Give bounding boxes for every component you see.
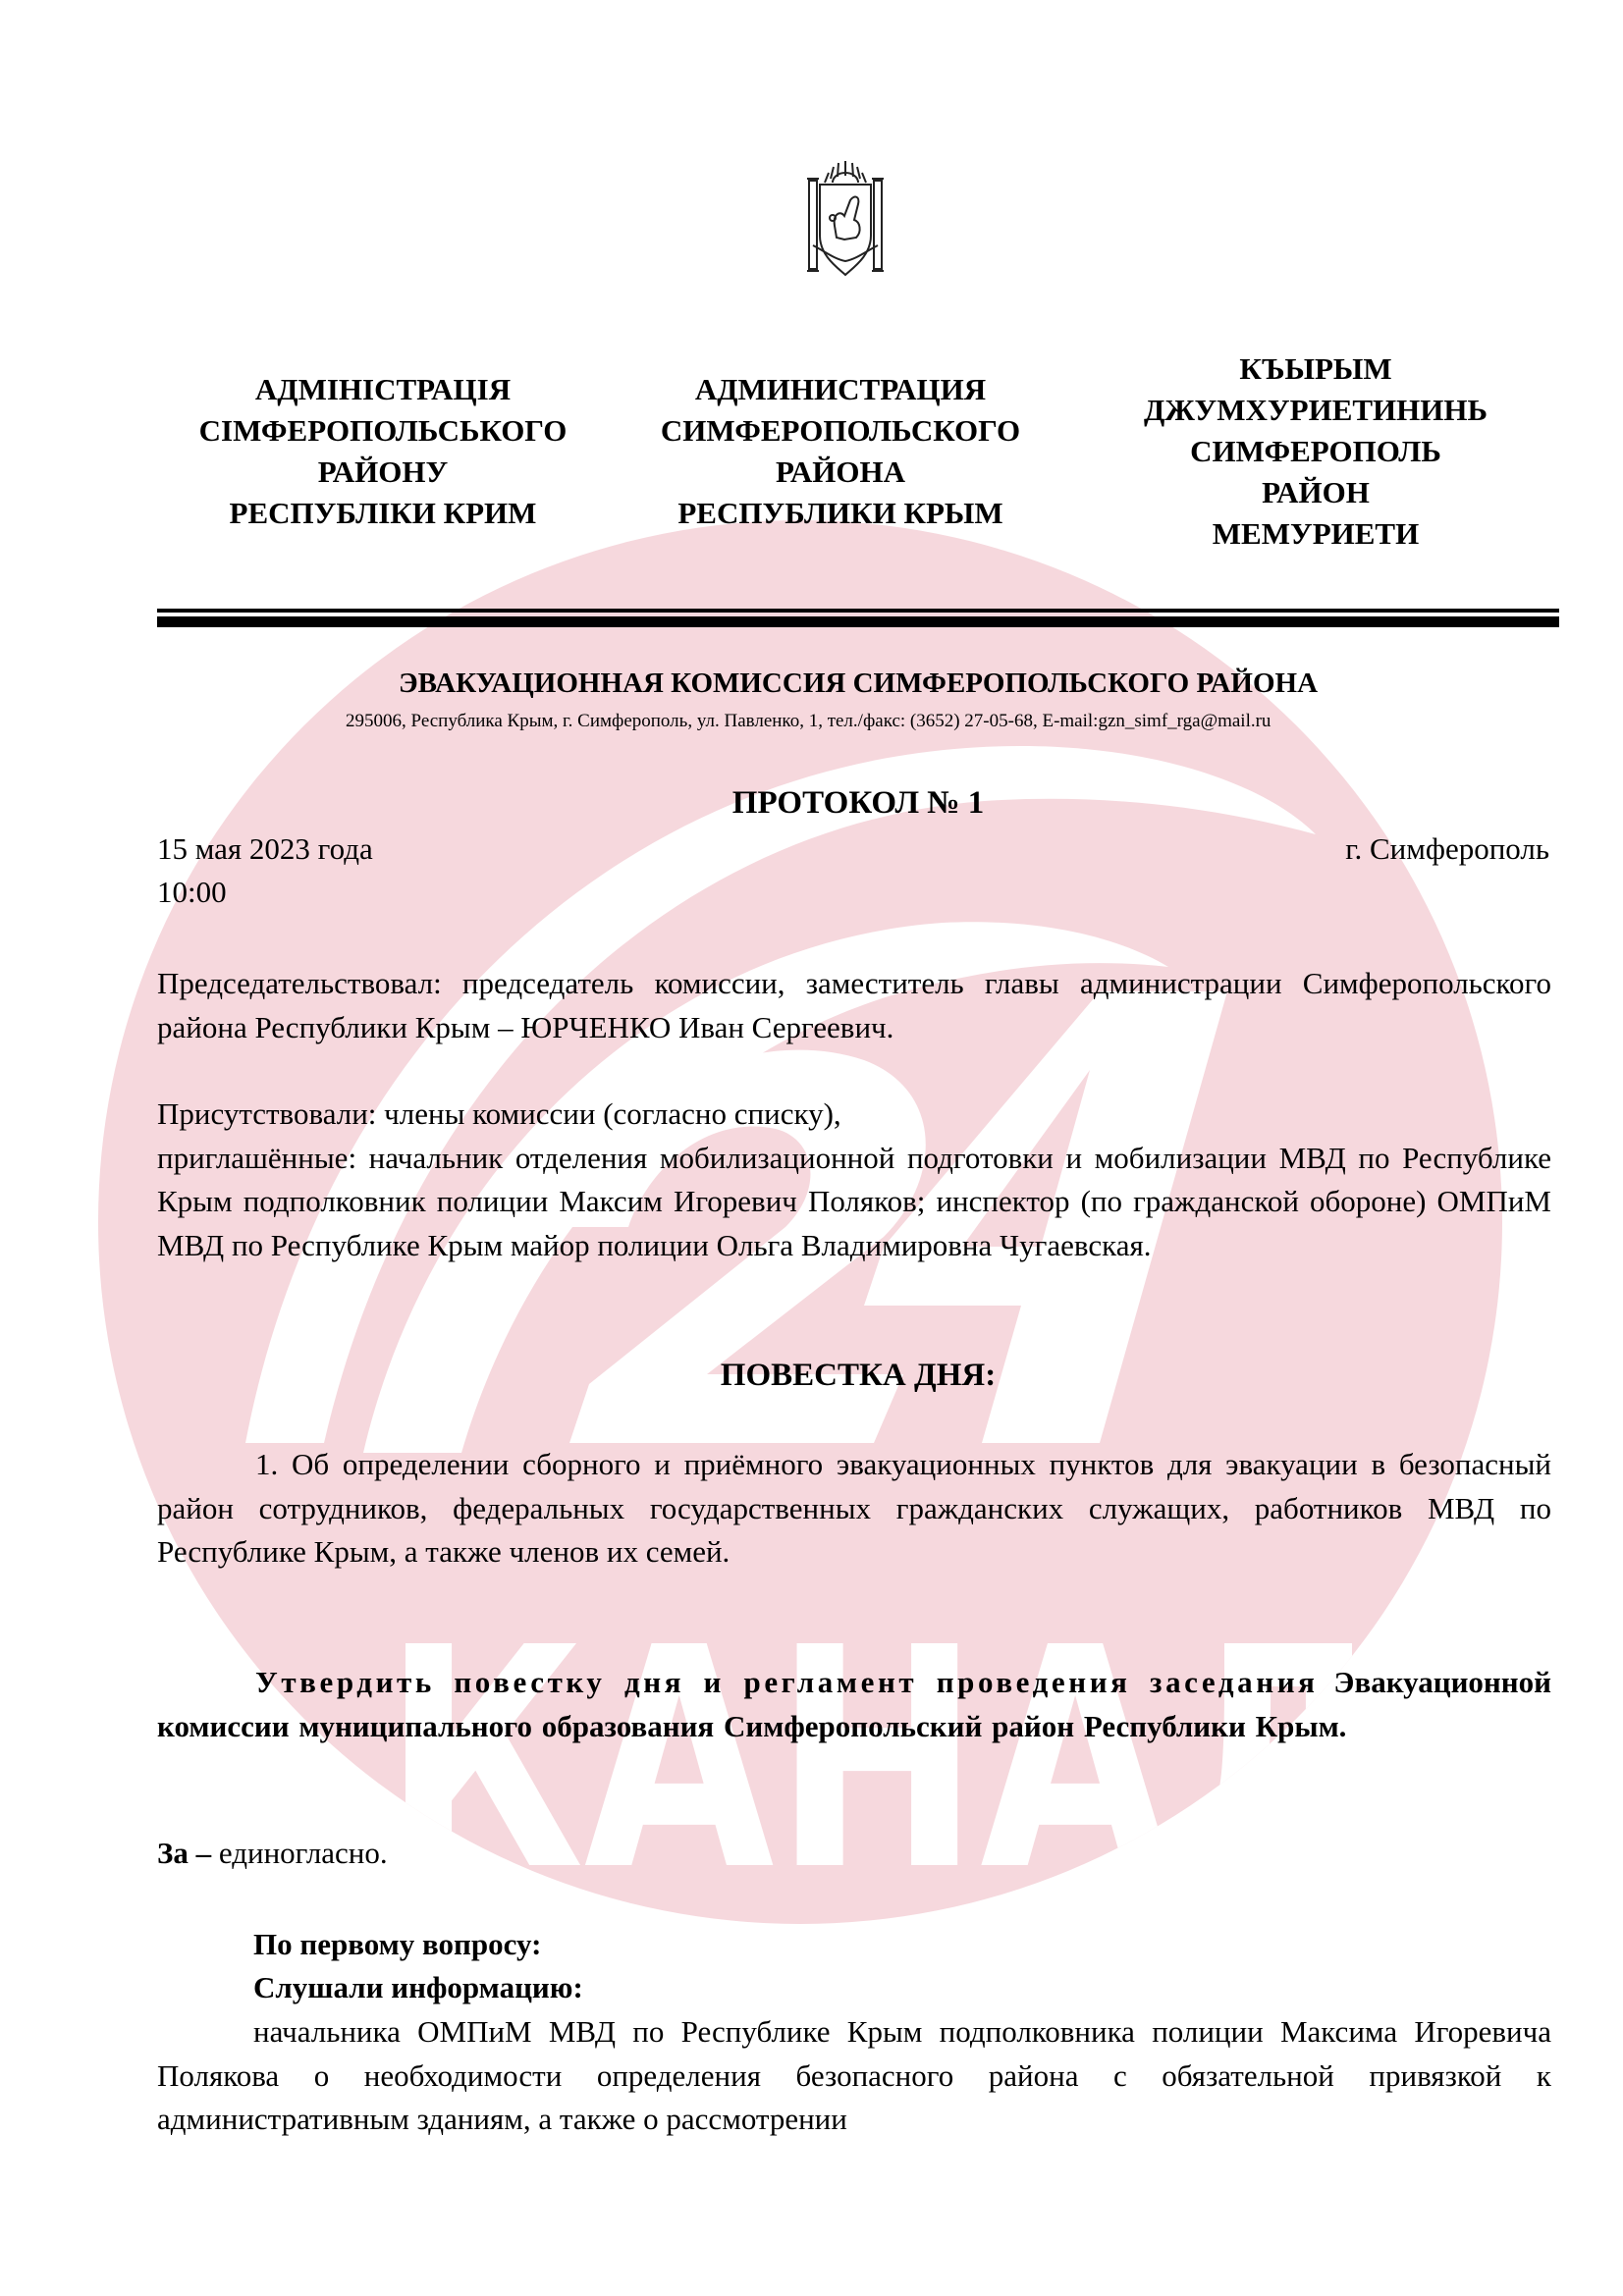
letterhead-divider-thin — [157, 609, 1559, 613]
chaired-paragraph: Председательствовал: председатель комисс… — [157, 962, 1551, 1049]
vote-label: За – — [157, 1836, 211, 1870]
letterhead-line: РАЙОНУ — [167, 452, 599, 493]
heard-paragraph: начальника ОМПиМ МВД по Республике Крым … — [157, 2010, 1551, 2142]
heard-heading: Слушали информацию: — [253, 1970, 583, 2005]
letterhead-line: РАЙОНА — [624, 452, 1056, 493]
vote-value: единогласно. — [211, 1836, 388, 1870]
crimea-coat-of-arms-icon — [805, 157, 886, 283]
letterhead-line: МЕМУРИЕТИ — [1100, 513, 1532, 555]
letterhead-line: СИМФЕРОПОЛЬ — [1100, 431, 1532, 472]
attendees-invited: приглашённые: начальник отделения мобили… — [157, 1141, 1551, 1262]
agenda-title: ПОВЕСТКА ДНЯ: — [157, 1358, 1559, 1394]
attendees-members: Присутствовали: члены комиссии (согласно… — [157, 1093, 1551, 1137]
letterhead-line: СИМФЕРОПОЛЬСКОГО — [624, 410, 1056, 452]
letterhead-divider-thick — [157, 616, 1559, 627]
approve-agenda-lead: Утвердить повестку дня и регламент прове… — [255, 1665, 1319, 1699]
document-page: АДМІНІСТРАЦІЯ СІМФЕРОПОЛЬСЬКОГО РАЙОНУ Р… — [0, 0, 1623, 2296]
approve-agenda-paragraph: Утвердить повестку дня и регламент прове… — [157, 1661, 1551, 1748]
protocol-date: 15 мая 2023 года — [157, 831, 373, 867]
letterhead-ukrainian: АДМІНІСТРАЦІЯ СІМФЕРОПОЛЬСЬКОГО РАЙОНУ Р… — [167, 369, 599, 534]
letterhead-line: АДМІНІСТРАЦІЯ — [167, 369, 599, 410]
letterhead-line: РЕСПУБЛІКИ КРИМ — [167, 493, 599, 534]
letterhead-line: ДЖУМХУРИЕТИНИНЬ — [1100, 390, 1532, 431]
vote-result: За – единогласно. — [157, 1836, 388, 1871]
question-1-heading: По первому вопросу: — [253, 1927, 541, 1962]
agenda-item-1: 1. Об определении сборного и приёмного э… — [157, 1443, 1551, 1575]
letterhead-line: АДМИНИСТРАЦИЯ — [624, 369, 1056, 410]
commission-address: 295006, Республика Крым, г. Симферополь,… — [346, 711, 1271, 732]
letterhead-line: КЪЫРЫМ — [1100, 348, 1532, 390]
attendees-paragraph: Присутствовали: члены комиссии (согласно… — [157, 1093, 1551, 1267]
protocol-time: 10:00 — [157, 875, 227, 910]
letterhead-line: РЕСПУБЛИКИ КРЫМ — [624, 493, 1056, 534]
protocol-title: ПРОТОКОЛ № 1 — [157, 785, 1559, 822]
commission-title: ЭВАКУАЦИОННАЯ КОМИССИЯ СИМФЕРОПОЛЬСКОГО … — [157, 667, 1559, 700]
letterhead-russian: АДМИНИСТРАЦИЯ СИМФЕРОПОЛЬСКОГО РАЙОНА РЕ… — [624, 369, 1056, 534]
letterhead-line: РАЙОН — [1100, 472, 1532, 513]
protocol-city: г. Симферополь — [1345, 831, 1549, 867]
letterhead-line: СІМФЕРОПОЛЬСЬКОГО — [167, 410, 599, 452]
letterhead-crimean-tatar: КЪЫРЫМ ДЖУМХУРИЕТИНИНЬ СИМФЕРОПОЛЬ РАЙОН… — [1100, 348, 1532, 555]
